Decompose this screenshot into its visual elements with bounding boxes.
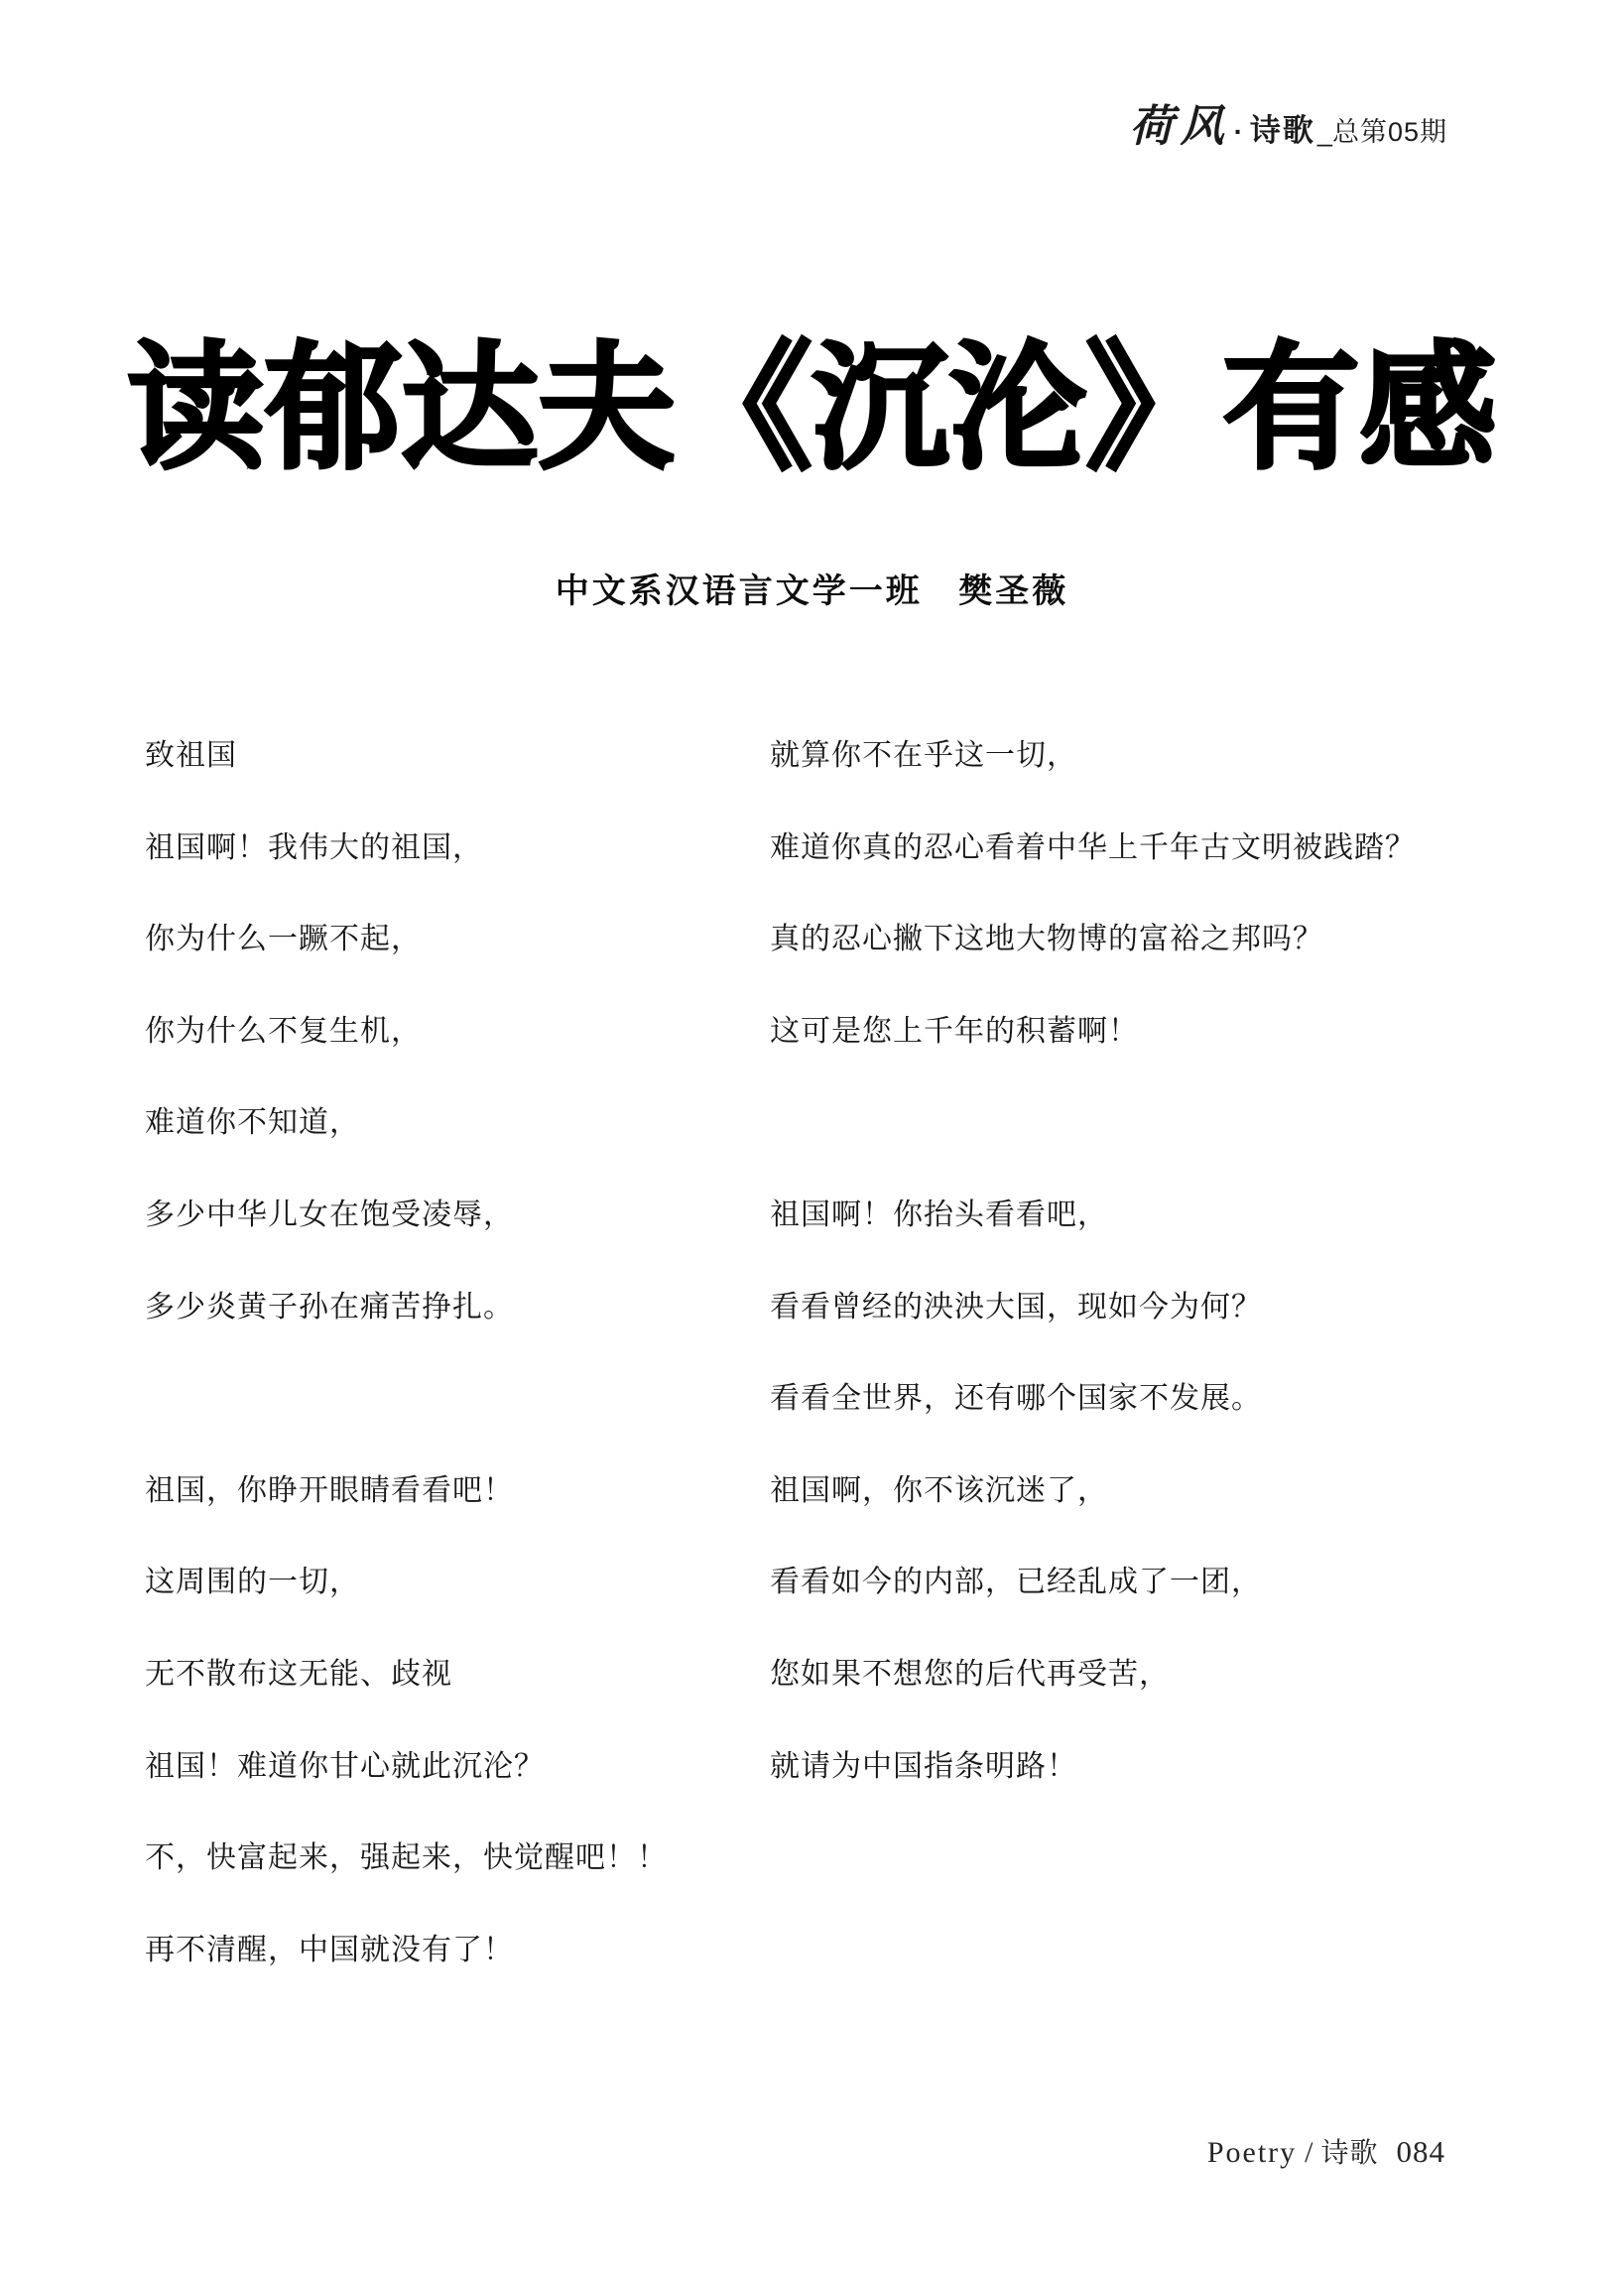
poem-left-column: 致祖国 祖国啊！我伟大的祖国， 你为什么一蹶不起， 你为什么不复生机， 难道你不… — [145, 736, 750, 2022]
poem-right-column: 就算你不在乎这一切， 难道你真的忍心看着中华上千年古文明被践踏？ 真的忍心撇下这… — [770, 736, 1504, 2022]
poem-line: 你为什么一蹶不起， — [145, 920, 750, 1012]
poem-line: 致祖国 — [145, 736, 750, 828]
masthead: 荷风 · 诗歌 _ 总第05期 — [1130, 105, 1447, 150]
footer-section-chinese: 诗歌 — [1320, 2131, 1378, 2171]
byline-department: 中文系汉语言文学一班 — [556, 572, 923, 610]
page-title: 读郁达夫《沉沦》有感 — [0, 333, 1624, 484]
poem-line: 难道你不知道， — [145, 1103, 750, 1196]
footer-page-number: 084 — [1397, 2134, 1446, 2170]
poem-line: 再不清醒，中国就没有了！ — [145, 1931, 750, 2023]
page-footer: Poetry / 诗歌 084 — [1207, 2131, 1445, 2171]
poem-line: 这可是您上千年的积蓄啊！ — [770, 1012, 1504, 1104]
magazine-logo-script: 荷风 — [1130, 105, 1231, 149]
byline: 中文系汉语言文学一班 樊圣薇 — [0, 564, 1624, 612]
masthead-issue-number: 总第05期 — [1332, 110, 1447, 149]
poem-line: 难道你真的忍心看着中华上千年古文明被践踏？ — [770, 828, 1504, 921]
magazine-page: 荷风 · 诗歌 _ 总第05期 读郁达夫《沉沦》有感 中文系汉语言文学一班 樊圣… — [0, 0, 1624, 2273]
poem-line: 祖国啊！我伟大的祖国， — [145, 828, 750, 921]
poem-line: 您如果不想您的后代再受苦， — [770, 1655, 1504, 1747]
masthead-dot-separator: · — [1234, 116, 1243, 148]
poem-stanza-gap — [770, 1838, 1504, 1931]
poem-line: 多少炎黄子孙在痛苦挣扎。 — [145, 1288, 750, 1380]
poem-line: 看看全世界，还有哪个国家不发展。 — [770, 1379, 1504, 1471]
poem-line: 就请为中国指条明路！ — [770, 1747, 1504, 1839]
poem-line: 就算你不在乎这一切， — [770, 736, 1504, 828]
poem-line: 你为什么不复生机， — [145, 1012, 750, 1104]
masthead-section-label: 诗歌 — [1250, 105, 1315, 150]
poem-line: 这周围的一切， — [145, 1563, 750, 1655]
poem-line: 祖国啊！你抬头看看吧， — [770, 1196, 1504, 1288]
poem-line: 无不散布这无能、歧视 — [145, 1655, 750, 1747]
poem-stanza-gap — [770, 1931, 1504, 2023]
poem-line: 祖国啊，你不该沉迷了， — [770, 1471, 1504, 1564]
poem-line: 看看曾经的泱泱大国，现如今为何？ — [770, 1288, 1504, 1380]
poem-line: 真的忍心撇下这地大物博的富裕之邦吗？ — [770, 920, 1504, 1012]
poem-body: 致祖国 祖国啊！我伟大的祖国， 你为什么一蹶不起， 你为什么不复生机， 难道你不… — [0, 736, 1624, 2056]
poem-line: 不，快富起来，强起来，快觉醒吧！！ — [145, 1838, 750, 1931]
poem-line: 多少中华儿女在饱受凌辱， — [145, 1196, 750, 1288]
poem-line: 祖国，你睁开眼睛看看吧！ — [145, 1471, 750, 1564]
poem-stanza-gap — [145, 1379, 750, 1471]
footer-slash-separator: / — [1305, 2136, 1312, 2170]
poem-line: 祖国！难道你甘心就此沉沦？ — [145, 1747, 750, 1839]
footer-section-english: Poetry — [1207, 2136, 1297, 2170]
masthead-underscore: _ — [1317, 117, 1332, 148]
byline-author-name: 樊圣薇 — [958, 572, 1068, 610]
poem-line: 看看如今的内部，已经乱成了一团， — [770, 1563, 1504, 1655]
poem-stanza-gap — [770, 1103, 1504, 1196]
